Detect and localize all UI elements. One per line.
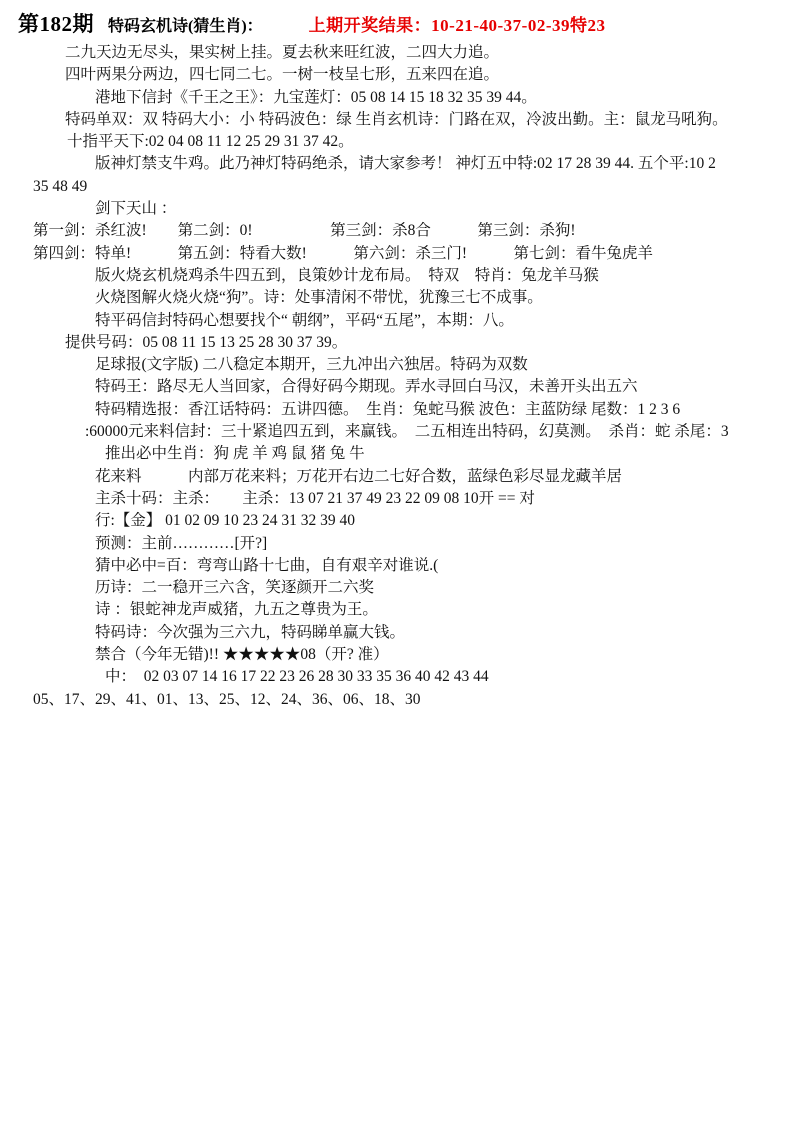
text-line: 十指平天下:02 04 08 11 12 25 29 31 37 42。 [0, 131, 793, 153]
page-title: 特码玄机诗(猜生肖)： [108, 13, 263, 36]
text-line: 花来料 内部万花来料；万花开右边二七好合数，蓝绿色彩尽显龙藏羊居 [0, 466, 793, 488]
text-line: 中： 02 03 07 14 16 17 22 23 26 28 30 33 3… [0, 666, 793, 688]
text-line: 诗 ：银蛇神龙声威猪，九五之尊贵为王。 [0, 599, 793, 621]
text-line: 历诗：二一稳开三六含，笑逐颜开二六奖 [0, 577, 793, 599]
text-line: 二九天边无尽头，果实树上挂。夏去秋来旺红波，二四大力追。 [0, 42, 793, 64]
text-line: 港地下信封《千王之王》：九宝莲灯：05 08 14 15 18 32 35 39… [0, 87, 793, 109]
text-line: 特码王：路尽无人当回家，合得好码今期现。弄水寻回白马汉，未善开头出五六 [0, 376, 793, 398]
text-line: 足球报(文字版) 二八稳定本期开，三九冲出六独居。特码为双数 [0, 354, 793, 376]
text-line: 第四剑：特单! 第五剑：特看大数! 第六剑：杀三门! 第七剑：看牛兔虎羊 [0, 243, 793, 265]
text-line: 四叶两果分两边，四七同二七。一树一枝呈七形，五来四在追。 [0, 64, 793, 86]
text-line: 火烧图解火烧火烧“狗”。诗：处事清闲不带忧，犹豫三七不成事。 [0, 287, 793, 309]
lottery-tip-sheet-page: 第182期 特码玄机诗(猜生肖)： 上期开奖结果：10-21-40-37-02-… [0, 0, 793, 1122]
last-draw-result: 上期开奖结果：10-21-40-37-02-39特23 [309, 11, 606, 36]
text-line: 第一剑：杀红波! 第二剑：0! 第三剑：杀8合 第三剑：杀狗! [0, 220, 793, 242]
text-line: 特码精选报：香江话特码：五讲四德。 生肖：兔蛇马猴 波色：主蓝防绿 尾数：1 2… [0, 399, 793, 421]
text-line: 35 48 49 [0, 176, 793, 198]
text-line: :60000元来料信封：三十紧追四五到，来赢钱。 二五相连出特码，幻莫测。 杀肖… [0, 421, 793, 443]
text-line: 特码诗：今次强为三六九，特码睇单赢大钱。 [0, 622, 793, 644]
text-line: 推出必中生肖：狗 虎 羊 鸡 鼠 猪 兔 牛 [0, 443, 793, 465]
text-line: 05、17、29、41、01、13、25、12、24、36、06、18、30 [0, 689, 793, 711]
text-line: 主杀十码：主杀： 主杀：13 07 21 37 49 23 22 09 08 1… [0, 488, 793, 510]
text-line: 特码单双：双 特码大小：小 特码波色：绿 生肖玄机诗：门路在双，冷波出勤。主：鼠… [0, 109, 793, 131]
text-line: 版神灯禁支牛鸡。此乃神灯特码绝杀，请大家参考！ 神灯五中特:02 17 28 3… [0, 153, 793, 175]
text-line: 提供号码：05 08 11 15 13 25 28 30 37 39。 [0, 332, 793, 354]
text-line: 特平码信封特码心想要找个“ 朝纲”，平码“五尾”，本期：八。 [0, 310, 793, 332]
text-line: 剑下天山 ： [0, 198, 793, 220]
text-line: 行:【金】 01 02 09 10 23 24 31 32 39 40 [0, 510, 793, 532]
page-header: 第182期 特码玄机诗(猜生肖)： 上期开奖结果：10-21-40-37-02-… [0, 0, 793, 40]
issue-number: 第182期 [18, 8, 94, 38]
text-line: 版火烧玄机烧鸡杀牛四五到，良策妙计龙布局。 特双 特肖：兔龙羊马猴 [0, 265, 793, 287]
text-line: 预测：主前…………[开?] [0, 533, 793, 555]
text-line: 禁合（今年无错)!! ★★★★★08（开? 准） [0, 644, 793, 666]
text-line: 猜中必中=百：弯弯山路十七曲，自有艰辛对谁说.( [0, 555, 793, 577]
document-lines: 二九天边无尽头，果实树上挂。夏去秋来旺红波，二四大力追。四叶两果分两边，四七同二… [0, 42, 793, 711]
